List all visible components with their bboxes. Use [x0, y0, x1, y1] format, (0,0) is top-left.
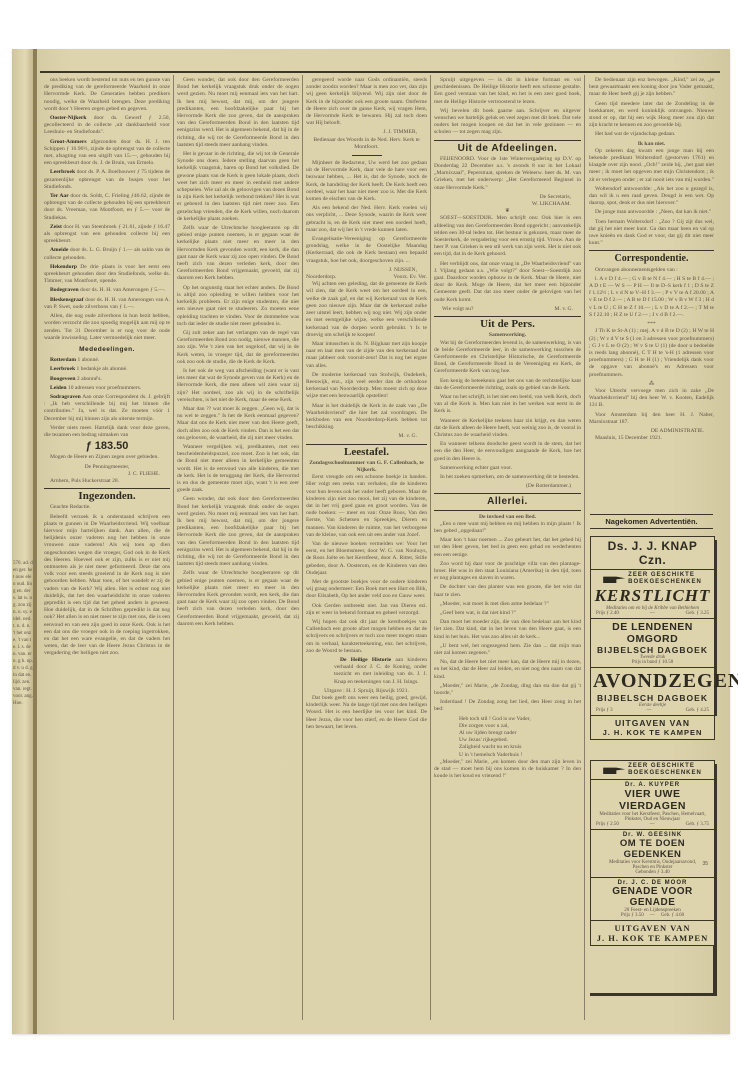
gedenken-block: Dr. W. GEESINK OM TE DOEN GEDENKEN Medit… — [591, 830, 714, 878]
col3-paragraph: Ook Gerden ontbreekt niet. Jan van Diere… — [306, 603, 427, 617]
book-title: GENADE VOOR GENADE — [593, 886, 712, 908]
pers-subtitle: Samenwerking. — [434, 332, 581, 339]
binding-spine — [33, 49, 37, 1034]
book-title: DE LENDENEN OMGORD — [593, 621, 712, 645]
previous-page-fragment: 570. ad. den ger. het ouw elen oud. ling… — [13, 560, 33, 1010]
leestafel-heading: Leestafel. — [306, 449, 427, 456]
avondzegen-block: AVONDZEGEN BIJBELSCH DAGBOEK Eerste deel… — [591, 668, 714, 716]
col4-paragraph: Inderdaad ! De Zondag zong het lied, den… — [434, 699, 581, 713]
correspondentie-intro: Ontvangen abonnementsgelden van : — [589, 267, 714, 274]
donation-item: Ameide door ds. L. G. Bruijn ƒ 1.— als s… — [44, 247, 170, 261]
col4-paragraph: Een kenig de beteekenis gaat het ons van… — [434, 378, 581, 392]
divider: ⁂ — [589, 381, 714, 388]
col4-paragraph: Dan moet het moeder zijn, die van dien b… — [434, 619, 581, 641]
signoff-role: Bedienaar des Woords in de Ned. Herv. Ke… — [306, 137, 427, 151]
col3-paragraph: Mijnheer de Redacteur, Uw werd het zoo g… — [306, 160, 427, 203]
correspondentie-list: l. A v D f 4.— ; G v B te N f 4.— ; H S … — [589, 276, 714, 319]
col2-paragraph: Wanneer vergelijken wij, predikanten, me… — [177, 444, 299, 494]
initials: M. v. G. — [306, 433, 417, 440]
col4-paragraph: Nu, dat de Heere het niet meer kan, dat … — [434, 659, 581, 681]
secretary-name: W. LIKCHAAM. — [434, 201, 571, 208]
donation-item: Bodegraven door ds. H. H. van Amerongen … — [44, 287, 170, 294]
afdeelingen-heading: Uit de Afdeelingen. — [434, 145, 581, 152]
col4-paragraph: „Moeder," zei Marie, „en komen door den … — [434, 759, 581, 781]
col4-paragraph: Maar kon 't haar noemen ... Zoo gebeurt … — [434, 537, 581, 559]
column-divider — [584, 75, 585, 1020]
signature-name: J. C. FLIEHE. — [44, 471, 160, 478]
mededeeling-item: Rotterdam 1 abonné. — [44, 357, 170, 364]
col5-paragraph: De bedienaar zijn enz bewogen. „Kind," z… — [589, 77, 714, 99]
leestafel-subtitle: Zondagsschoolnummer van G. F. Callenbach… — [306, 460, 427, 474]
col1-closing: Verder niets meer. Hartelijk dank voor d… — [44, 425, 170, 439]
section-rule — [306, 444, 427, 445]
book-title: AVONDZEGEN — [593, 670, 712, 693]
poem: Heb toch stil ! God is uw Vader, Die zor… — [434, 716, 581, 759]
col5-paragraph: Geen tijd meedere later dat de Zondeling… — [589, 101, 714, 130]
col2-paragraph: Is het ook de weg van afscheiding (want … — [177, 368, 299, 404]
col4-paragraph: Waar nu het schrijft, is het niet een be… — [434, 394, 581, 416]
column-1: ons beeken wordt bestemd tot nuts en ten… — [44, 77, 170, 1017]
col3-paragraph: Met de grootste boekjes voor de oudere k… — [306, 579, 427, 601]
place-date: Maasluis, 15 December 1921. — [589, 435, 714, 442]
publisher-block: UITGAVEN VAN J. H. KOK TE KAMPEN — [591, 716, 714, 739]
donation-item: Bleskensgraaf door ds. H. H. van Amerong… — [44, 297, 170, 311]
donation-item: Leerbroek door ds. P. A. Boelhouwer ƒ 75… — [44, 169, 170, 191]
col4-paragraph: „Moeder," zei Marie, „de Zondag, ding da… — [434, 683, 581, 697]
pointing-hand-icon — [603, 766, 625, 774]
pers-heading: Uit de Pers. — [434, 321, 581, 328]
section-rule — [434, 510, 581, 511]
column-divider — [302, 75, 303, 1020]
col3-paragraph: geregeerd worde naar Gods ordinantiën, s… — [306, 77, 427, 127]
column-2: Geen wonder, dat ook door den Gereformee… — [177, 77, 299, 1017]
soest-notice: SOEST—SOESTDIJK. Men schrijft ons: Ook h… — [434, 215, 581, 258]
col3-paragraph: De moderne kerkeraad van Stolwijk, Oudek… — [306, 372, 427, 401]
col2-paragraph: Het is gevaar in de richting, die wij to… — [177, 151, 299, 223]
mededeeling-item: Boogeveen 2 abonné's. — [44, 376, 170, 383]
soest-closing-line: Wie volgt nu? M. v. G. — [434, 306, 581, 313]
feijenoord-notice: FEIJENOORD. Voor de 1ste Wintervergaderi… — [434, 156, 581, 192]
col4-paragraph: „Een u mee want mij hebben en mij hebben… — [434, 521, 581, 535]
allerlei-subtitle: De invloed van een Bed. — [434, 514, 581, 521]
ingezonden-heading: Ingezonden. — [44, 493, 170, 500]
blessing: Mogen de Heere en Zijnen zegen over gebi… — [44, 454, 170, 461]
ingezonden-salutation: Geachte Redactie. — [44, 504, 170, 511]
col3-paragraph: Maar intusschen is ds. N. Bijghaar met z… — [306, 341, 427, 370]
lendenen-block: DE LENDENEN OMGORD BIJBELSCH DAGBOEK Twe… — [591, 619, 714, 668]
col4-paragraph: In het zoeken opmerken, om de samenwerki… — [434, 474, 581, 481]
col2-paragraph: Geen wonder, dat ook door den Gereformee… — [177, 496, 299, 568]
mededeeling-item: Sodragraven Aan onze Correspondent ds. J… — [44, 394, 170, 423]
donation-item: Hekendorp De drie plaats is voor het eer… — [44, 264, 170, 286]
book-title: KERSTLICHT — [593, 586, 712, 606]
ad-number: 35 — [702, 861, 708, 867]
story-heading: Ik kan niet. — [589, 141, 714, 148]
col5-paragraph: Toen hernam Woltersdorf : „Zoo ? Gij zij… — [589, 219, 714, 248]
donation-item: Ooster-Nijkerk door ds. Gewerf ƒ 2.50, g… — [44, 115, 170, 137]
col4-paragraph: Zoo word hij daar voor de prachtige vill… — [434, 561, 581, 583]
book-title: VIER UWE VIERDAGEN — [593, 788, 712, 812]
heilige-historie: De Heilige Historie aan kinderen verhaal… — [334, 657, 427, 686]
ad-tagline-block: ZEER GESCHIKTEBOEKGESCHENKEN — [591, 761, 714, 780]
mededeelingen-heading: Mededeelingen. — [44, 346, 170, 353]
col2-paragraph: Maar dan ?? wat moet ik zeggen. „Geen wi… — [177, 406, 299, 442]
short-rule — [352, 155, 382, 156]
pointing-hand-icon — [603, 575, 625, 583]
administration: DE ADMINISTRATIE. — [589, 428, 704, 435]
column-5: De bedienaar zijn enz bewogen. „Kind," z… — [589, 77, 714, 510]
ad-author-block: Ds. J. J. KNAP Czn. — [591, 537, 714, 570]
col3-paragraph: Eerst vreugde om een schoone boekje in h… — [306, 474, 427, 539]
donation-item: Groot-Ammers afgezonden door ds. H. J. t… — [44, 139, 170, 168]
pers-source: (De Rotterdammer.) — [434, 483, 571, 490]
col2-paragraph: Zelfs waar de Utrechtsche hoogleeraren o… — [177, 225, 299, 283]
knap-advertisement: Ds. J. J. KNAP Czn. ZEER GESCHIKTEBOEKGE… — [590, 536, 715, 740]
correspondentie-list-2: J Th K te St-A (1) ; mej. A v d B te D (… — [589, 328, 714, 378]
signoff-name: J. J. TIMMER, — [306, 129, 417, 136]
col3-paragraph: Dat boek geeft ons weer een heilig, goed… — [306, 695, 427, 731]
section-rule — [44, 488, 170, 489]
total-amount: ƒ 183.50 — [44, 443, 170, 450]
correspondentie-heading: Correspondentie. — [589, 255, 714, 262]
genade-block: Dr. J. C. DE MOOR GENADE VOOR GENADE 20 … — [591, 878, 714, 921]
signoff-line: Noorderdorp. Voorz. Ev. Ver. — [306, 274, 427, 281]
col2-paragraph: Gij zult zeker aan het verlangen van de … — [177, 330, 299, 366]
col4-paragraph: Wat bij de Gereformeerden levend is, de … — [434, 340, 581, 376]
book-title: OM TE DOEN — [593, 838, 712, 849]
col4-paragraph: „Moeder, wat moet ik met dien arme bedel… — [434, 601, 581, 608]
col2-paragraph: Geen wonder, dat ook door den Gereformee… — [177, 77, 299, 149]
col1-intro: ons beeken wordt bestemd tot nuts en ten… — [44, 77, 170, 113]
col4-paragraph: „U bent wel, het ongezegend hem. Zie dan… — [434, 643, 581, 657]
allerlei-heading: Allerlei. — [434, 498, 581, 505]
secretary-title: De Secretaris, — [434, 194, 571, 201]
col4-paragraph: Het verblijdt ons, dat onze vraag in „De… — [434, 261, 581, 304]
signature-title: De Penningmeester, — [44, 464, 170, 471]
col3-paragraph: Maar is het duidelijk de Kerk in de zaak… — [306, 403, 427, 432]
book-title: GEDENKEN — [593, 849, 712, 860]
col4-paragraph: Wij bevelen dit boek gaarne aan. Schrijv… — [434, 108, 581, 137]
col3-paragraph: Wij achten een geleding, dat de gemeente… — [306, 281, 427, 339]
col3-paragraph: Als een bekend der Ned. Herv. Kerk voele… — [306, 205, 427, 234]
top-rule — [40, 71, 720, 73]
mededeeling-item: Leerbroek 1 bedankje als abonné. — [44, 366, 170, 373]
utrecht-notice: Voor Utrecht vervoege men zich in zake „… — [589, 388, 714, 410]
col2-paragraph: Op het ongunstig staat het echter anders… — [177, 285, 299, 328]
col3-paragraph: Evangelisatie-Vereeniging op Gereformeer… — [306, 236, 427, 265]
uitgave: Uitgave : H. J. Spruijt, Rijswijk 1921. — [306, 688, 427, 695]
kerstlicht-block: ZEER GESCHIKTEBOEKGESCHENKEN KERSTLICHT … — [591, 570, 714, 619]
signoff-name: J. NIJSSEN, — [306, 267, 417, 274]
col4-paragraph: En wanneer telkens doodsche geest wordt … — [434, 441, 581, 463]
col5-paragraph: Op zekeren dag kwam een jonge man bij ee… — [589, 148, 714, 184]
signature-address: Arnhem, Puls Huckerstraat 28. — [44, 478, 170, 485]
ingezonden-body: Beleefd verzoek ik u onderstaand schrijv… — [44, 514, 170, 658]
publisher-block: UITGAVEN VAN J. H. KOK TE KAMPEN — [591, 921, 714, 945]
col5-paragraph: De jonge man antwoordde : „Neen, dat kan… — [589, 209, 714, 216]
col4-paragraph: De dochter van den planter was een groot… — [434, 584, 581, 598]
col4-paragraph: Wanneer de Kerkelijke teekens haar zin k… — [434, 418, 581, 440]
col5-paragraph: Woltersdorf antwoordde: „Als het zoo u g… — [589, 186, 714, 208]
col4-paragraph: „Geef hem wat, is dat niet kind ?" — [434, 610, 581, 617]
col4-paragraph: Samenwerking echter gaat voor. — [434, 465, 581, 472]
section-rule — [589, 250, 714, 251]
section-rule — [434, 316, 581, 317]
donation-item: Zeist door H. van Steenbroek ƒ 21.61, zi… — [44, 224, 170, 246]
column-divider — [173, 75, 174, 1020]
col2-paragraph: Zelfs waar de Utrechtsche hoogleeraren o… — [177, 570, 299, 628]
col3-paragraph: Wij hopen dat ook dit jaar de kerstboekj… — [306, 619, 427, 655]
column-divider — [430, 75, 431, 1020]
column-4: Spruijt uitgegeven — is dit in kleine fo… — [434, 77, 581, 1017]
col1-para: Allen, die nog oude zilverbons in hun be… — [44, 313, 170, 342]
section-rule — [434, 140, 581, 141]
col3-paragraph: Van de nieuwe boeken vermelden we: Voor … — [306, 541, 427, 577]
donation-item: Ter Aar door ds. Soldt, C. Frieling ƒ46.… — [44, 193, 170, 222]
vierdagen-block: Dr. A. KUYPER VIER UWE VIERDAGEN Meditat… — [591, 780, 714, 830]
nagekomen-heading: Nagekomen Advertentiën. — [590, 514, 713, 529]
col4-paragraph: Spruijt uitgegeven — is dit in kleine fo… — [434, 77, 581, 106]
kok-advertisement: ZEER GESCHIKTEBOEKGESCHENKEN Dr. A. KUYP… — [590, 760, 715, 946]
col5-paragraph: Het had wat de vijandschap gedaan. — [589, 131, 714, 138]
column-3: geregeerd worde naar Gods ordinantiën, s… — [306, 77, 427, 1017]
mededeeling-item: Leiden 10 adressen voor proefnummers. — [44, 385, 170, 392]
amsterdam-notice: Voor Amsterdam bij den heer H. J. Naber,… — [589, 412, 714, 426]
section-rule — [434, 493, 581, 494]
